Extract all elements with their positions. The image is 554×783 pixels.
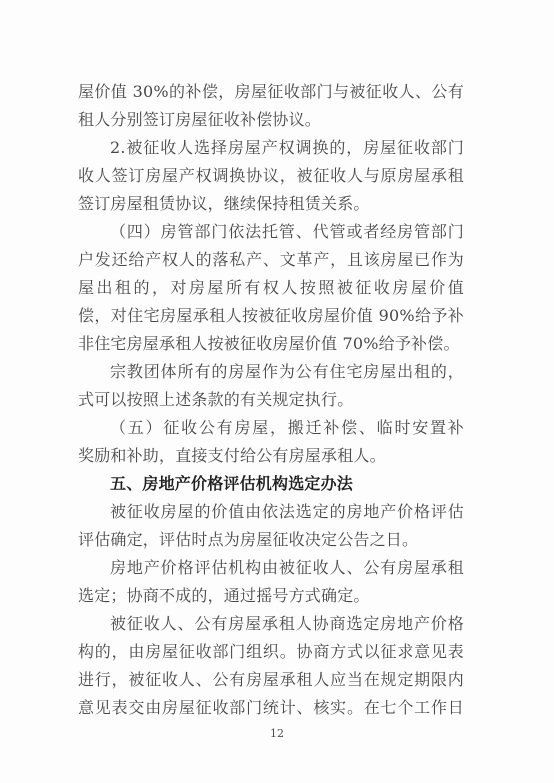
text-line: 屋价值 30%的补偿，房屋征收部门与被征收人、公有房屋承 bbox=[78, 78, 464, 106]
text-line: 户发还给产权人的落私产、文革产，且该房屋已作为公有房 bbox=[78, 246, 464, 274]
page-number: 12 bbox=[0, 726, 554, 741]
text-line: 构的，由房屋征收部门组织。协商方式以征求意见表的形式 bbox=[78, 638, 464, 666]
text-line: 收人签订房屋产权调换协议，被征收人与原房屋承租人重新 bbox=[78, 162, 464, 190]
section-heading: 五、房地产价格评估机构选定办法 bbox=[78, 470, 464, 498]
text-line: （四）房管部门依法托管、代管或者经房管部门决定带 bbox=[78, 218, 464, 246]
text-line: 评估确定，评估时点为房屋征收决定公告之日。 bbox=[78, 526, 464, 554]
text-line: 奖励和补助，直接支付给公有房屋承租人。 bbox=[78, 442, 464, 470]
text-line: 2.被征收人选择房屋产权调换的，房屋征收部门与被征 bbox=[78, 134, 464, 162]
text-line: 租人分别签订房屋征收补偿协议。 bbox=[78, 106, 464, 134]
text-line: 偿，对住宅房屋承租人按被征收房屋价值 90%给予补偿，对 bbox=[78, 302, 464, 330]
text-line: 进行，被征收人、公有房屋承租人应当在规定期限内将征求 bbox=[78, 666, 464, 694]
text-line: 被征收房屋的价值由依法选定的房地产价格评估机构 bbox=[78, 498, 464, 526]
document-text-block: 屋价值 30%的补偿，房屋征收部门与被征收人、公有房屋承租人分别签订房屋征收补偿… bbox=[78, 78, 464, 722]
text-line: 宗教团体所有的房屋作为公有住宅房屋出租的，补偿方 bbox=[78, 358, 464, 386]
text-line: 被征收人、公有房屋承租人协商选定房地产价格评估机 bbox=[78, 610, 464, 638]
text-line: 屋出租的，对房屋所有权人按照被征收房屋价值 100%给予补 bbox=[78, 274, 464, 302]
text-line: 选定；协商不成的，通过摇号方式确定。 bbox=[78, 582, 464, 610]
text-line: （五）征收公有房屋，搬迁补偿、临时安置补偿、搬迁 bbox=[78, 414, 464, 442]
text-line: 式可以按照上述条款的有关规定执行。 bbox=[78, 386, 464, 414]
text-line: 非住宅房屋承租人按被征收房屋价值 70%给予补偿。 bbox=[78, 330, 464, 358]
text-line: 意见表交由房屋征收部门统计、核实。在七个工作日内三分 bbox=[78, 694, 464, 722]
text-line: 签订房屋租赁协议，继续保持租赁关系。 bbox=[78, 190, 464, 218]
document-page: 屋价值 30%的补偿，房屋征收部门与被征收人、公有房屋承租人分别签订房屋征收补偿… bbox=[0, 0, 554, 783]
text-line: 房地产价格评估机构由被征收人、公有房屋承租人协商 bbox=[78, 554, 464, 582]
